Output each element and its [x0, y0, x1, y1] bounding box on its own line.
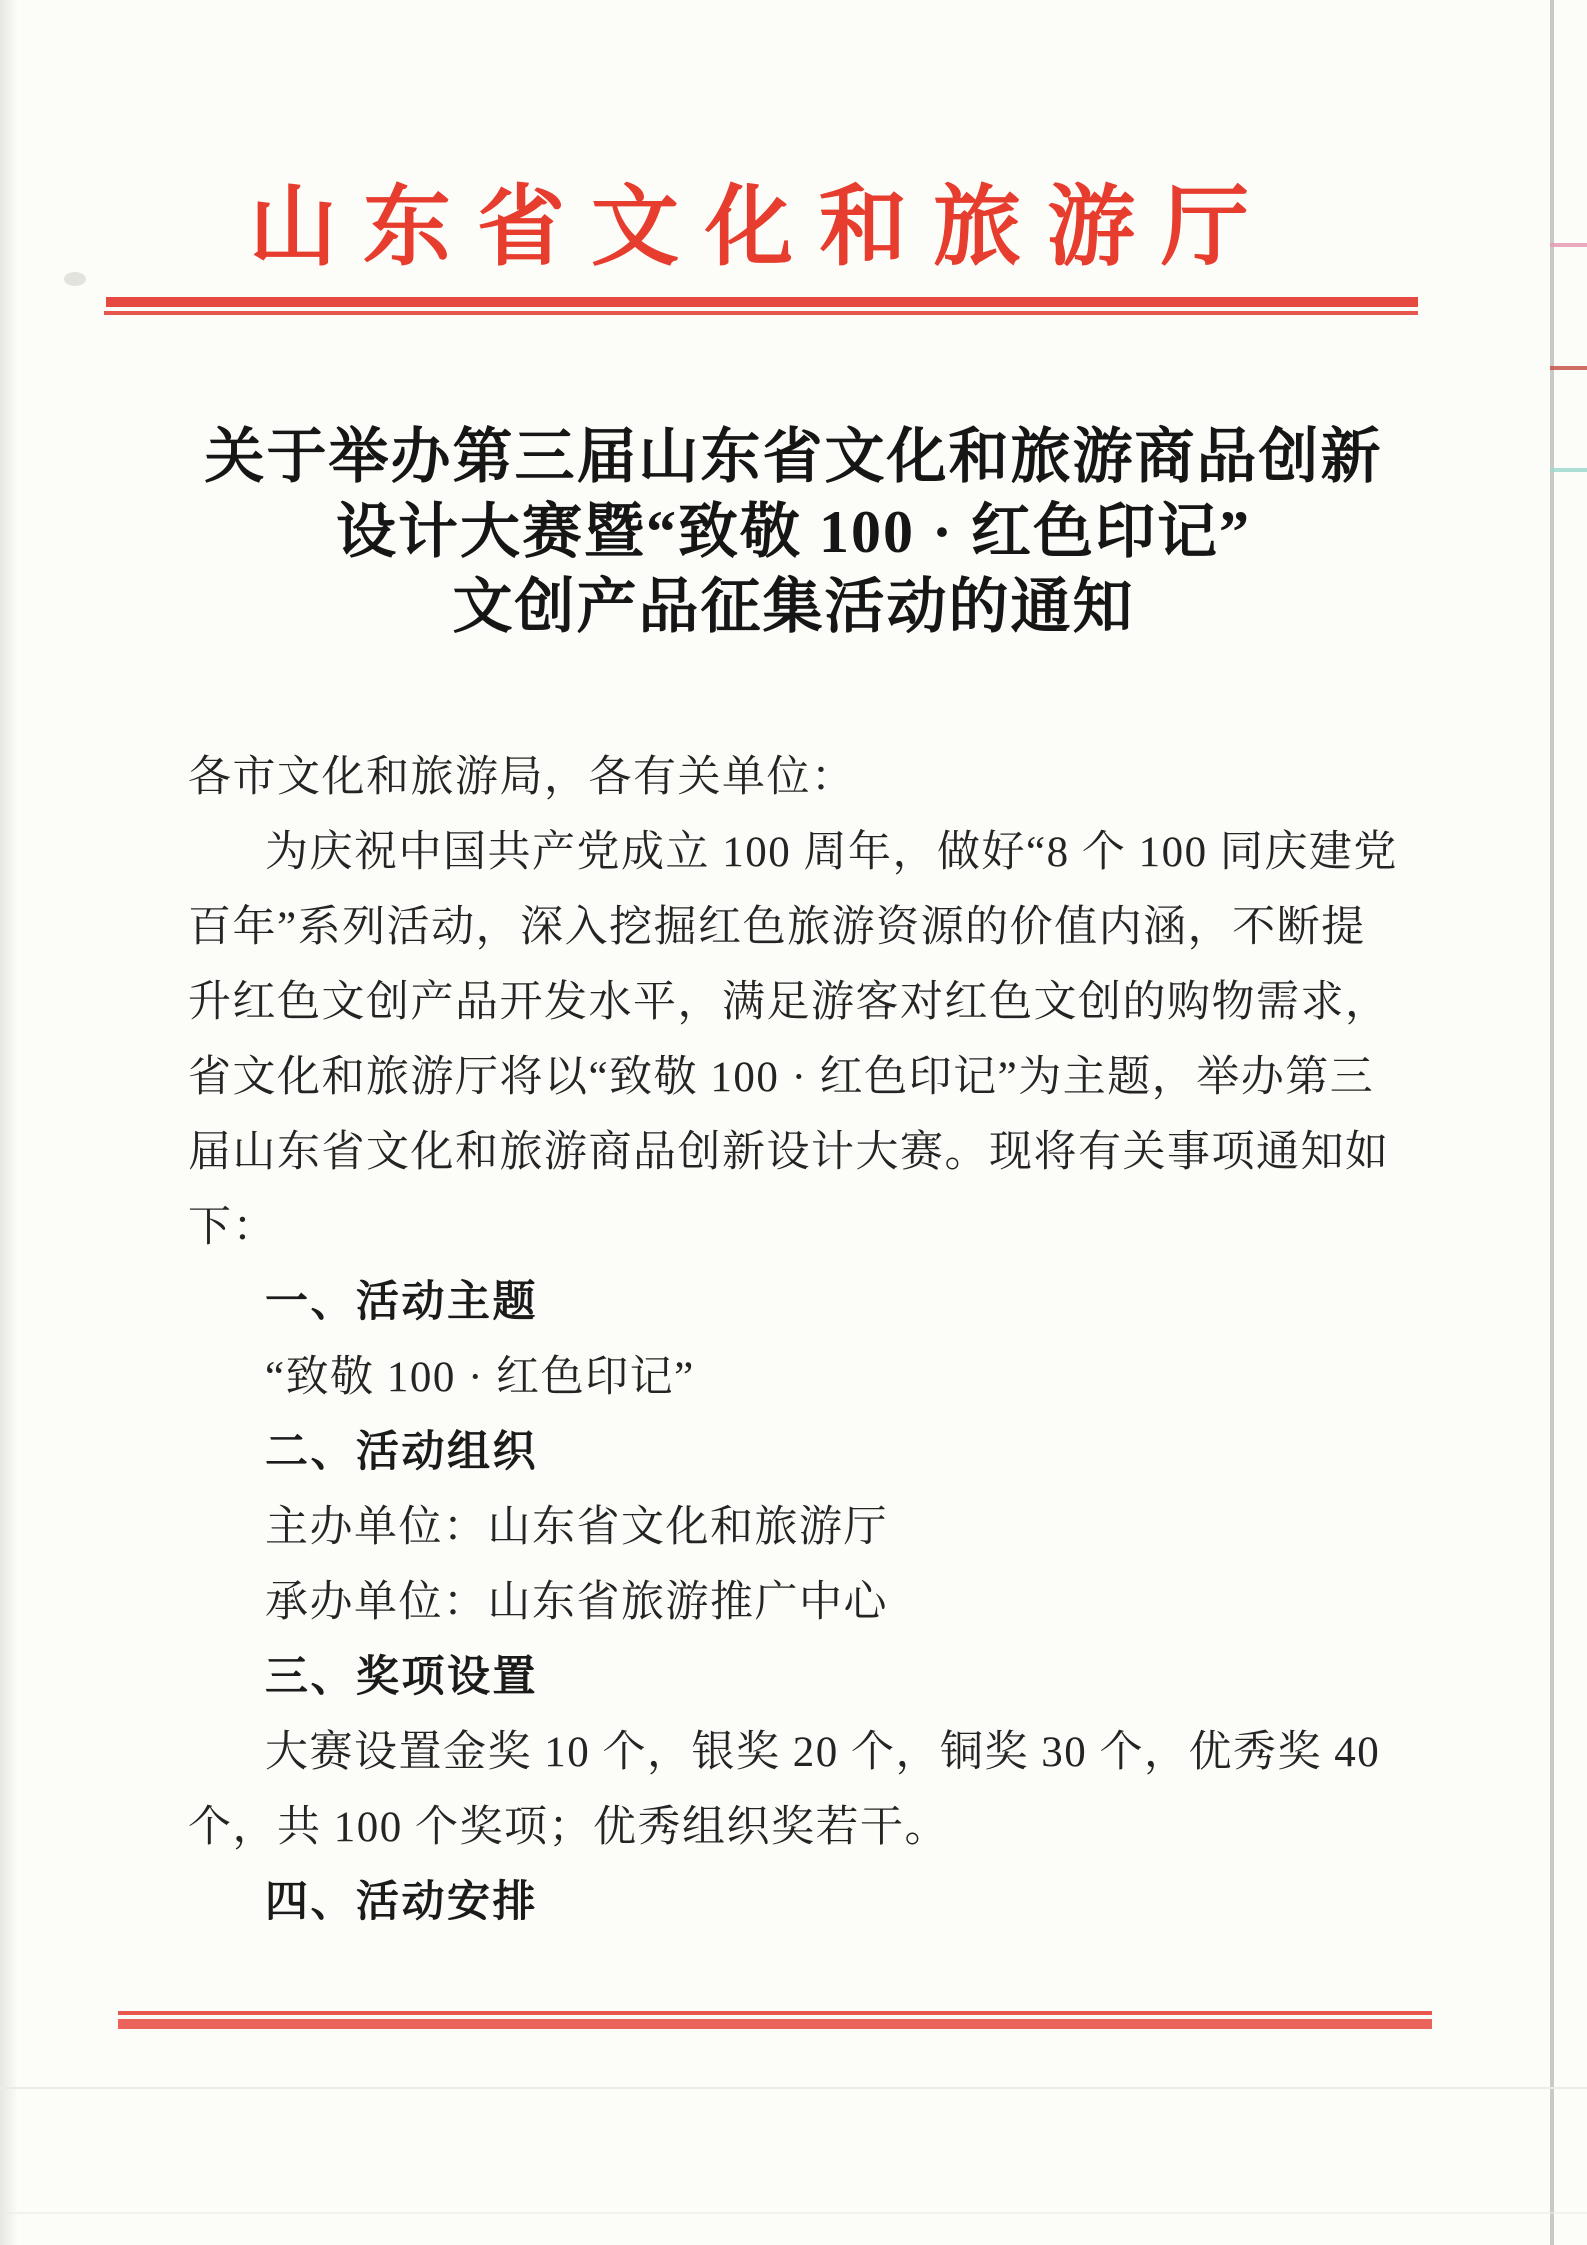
- letterhead-rule-thin: [104, 311, 1418, 315]
- paragraph-line: 届山东省文化和旅游商品创新设计大赛。现将有关事项通知如: [188, 1115, 1458, 1190]
- document-title-line: 关于举办第三届山东省文化和旅游商品创新: [0, 420, 1587, 495]
- scan-edge-shadow: [0, 0, 18, 2245]
- paragraph-line: 省文化和旅游厅将以“致敬 100 · 红色印记”为主题，举办第三: [188, 1040, 1458, 1115]
- document-body: 各市文化和旅游局，各有关单位： 为庆祝中国共产党成立 100 周年，做好“8 个…: [188, 740, 1458, 1940]
- section-heading-activity-theme: 一、活动主题: [188, 1265, 1458, 1340]
- scanned-document-page: 山东省文化和旅游厅 关于举办第三届山东省文化和旅游商品创新 设计大赛暨“致敬 1…: [0, 0, 1587, 2245]
- section-heading-activity-schedule: 四、活动安排: [188, 1865, 1458, 1940]
- document-title-line: 文创产品征集活动的通知: [0, 570, 1587, 645]
- footer-rule-thick: [118, 2019, 1432, 2029]
- salutation-line: 各市文化和旅游局，各有关单位：: [188, 740, 1458, 815]
- scan-artifact-speck: [64, 272, 86, 286]
- scan-artifact-tick: [1550, 366, 1587, 370]
- letterhead-org-name: 山东省文化和旅游厅: [106, 183, 1418, 275]
- letterhead-rule-thick: [106, 297, 1418, 307]
- document-title-line: 设计大赛暨“致敬 100 · 红色印记”: [0, 495, 1587, 570]
- scan-artifact-line: [0, 2087, 1587, 2089]
- paragraph-line: 下：: [188, 1190, 1458, 1265]
- document-title: 关于举办第三届山东省文化和旅游商品创新 设计大赛暨“致敬 100 · 红色印记”…: [0, 420, 1587, 645]
- awards-line: 大赛设置金奖 10 个，银奖 20 个，铜奖 30 个，优秀奖 40: [188, 1715, 1458, 1790]
- section-heading-award-setup: 三、奖项设置: [188, 1640, 1458, 1715]
- footer-rule-thin: [118, 2011, 1432, 2015]
- scan-edge-line: [1550, 0, 1554, 2245]
- paragraph-line: 升红色文创产品开发水平，满足游客对红色文创的购物需求，: [188, 965, 1458, 1040]
- awards-line: 个，共 100 个奖项；优秀组织奖若干。: [188, 1790, 1458, 1865]
- section-heading-activity-organization: 二、活动组织: [188, 1415, 1458, 1490]
- organizer-unit-line: 承办单位：山东省旅游推广中心: [188, 1565, 1458, 1640]
- paragraph-line: 百年”系列活动，深入挖掘红色旅游资源的价值内涵，不断提: [188, 890, 1458, 965]
- paragraph-line: 为庆祝中国共产党成立 100 周年，做好“8 个 100 同庆建党: [188, 815, 1458, 890]
- scan-artifact-line: [0, 2212, 1587, 2214]
- theme-value-line: “致敬 100 · 红色印记”: [188, 1340, 1458, 1415]
- host-unit-line: 主办单位：山东省文化和旅游厅: [188, 1490, 1458, 1565]
- scan-artifact-tick: [1550, 243, 1587, 247]
